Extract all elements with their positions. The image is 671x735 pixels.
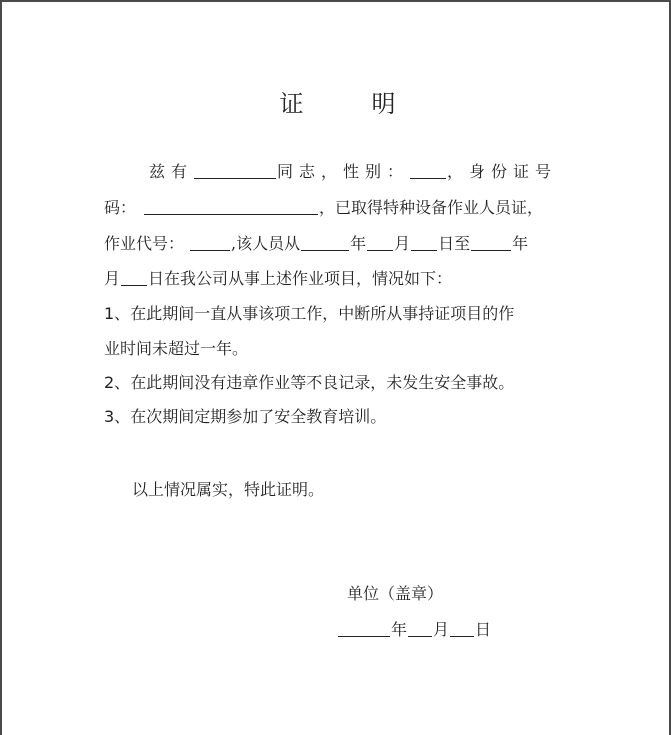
unit-seal-label: 单位（盖章） bbox=[347, 584, 443, 603]
list-item-1: 1、在此期间一直从事该项工作，中断所从事持证项目的作 bbox=[104, 304, 514, 324]
document-title: 证明 bbox=[2, 84, 671, 119]
operation-code-label: 作业代号： bbox=[104, 234, 184, 253]
item-2-number: 2、 bbox=[104, 373, 130, 392]
signature-date: 年月日 bbox=[337, 620, 491, 640]
list-item-1-continued: 业时间未超过一年。 bbox=[104, 339, 248, 359]
list-item-3: 3、在次期间定期参加了安全教育培训。 bbox=[104, 407, 386, 427]
name-blank[interactable] bbox=[194, 162, 276, 179]
start-month-label: 月 bbox=[394, 234, 410, 253]
title-char-1: 证 bbox=[280, 84, 304, 119]
sign-day-blank[interactable] bbox=[450, 620, 474, 637]
start-year-label: 年 bbox=[350, 234, 366, 253]
closing-statement: 以上情况属实，特此证明。 bbox=[132, 480, 324, 500]
end-year-label: 年 bbox=[512, 234, 528, 253]
item-1-text: 在此期间一直从事该项工作，中断所从事持证项目的作 bbox=[130, 304, 514, 323]
work-description-text: 日在我公司从事上述作业项目，情况如下： bbox=[148, 269, 452, 288]
start-month-blank[interactable] bbox=[367, 234, 393, 251]
gender-blank[interactable] bbox=[410, 162, 446, 179]
sign-month-blank[interactable] bbox=[408, 620, 432, 637]
item-1-text-continued: 业时间未超过一年。 bbox=[104, 339, 248, 358]
item-3-text: 在次期间定期参加了安全教育培训。 bbox=[130, 407, 386, 426]
item-2-text: 在此期间没有违章作业等不良记录，未发生安全事故。 bbox=[130, 373, 514, 392]
item-3-number: 3、 bbox=[104, 407, 130, 426]
start-year-blank[interactable] bbox=[301, 234, 349, 251]
id-code-label: 码： bbox=[104, 198, 136, 217]
sign-month-label: 月 bbox=[433, 620, 449, 639]
end-day-blank[interactable] bbox=[121, 269, 147, 286]
sign-year-blank[interactable] bbox=[338, 620, 390, 637]
title-char-2: 明 bbox=[372, 84, 396, 119]
document-page: 证明 兹有同志，性别：，身份证号 码：，已取得特种设备作业人员证， 作业代号：,… bbox=[0, 0, 671, 735]
closing-text: 以上情况属实，特此证明。 bbox=[132, 480, 324, 499]
paragraph-line-4: 月日在我公司从事上述作业项目，情况如下： bbox=[104, 269, 452, 289]
comrade-gender-label: 同志，性别： bbox=[277, 162, 409, 181]
id-number-label: ，身份证号 bbox=[447, 162, 557, 181]
sign-year-label: 年 bbox=[391, 620, 407, 639]
start-day-blank[interactable] bbox=[411, 234, 437, 251]
intro-text: 兹有 bbox=[149, 162, 193, 181]
to-text: 日至 bbox=[438, 234, 470, 253]
sign-day-label: 日 bbox=[475, 620, 491, 639]
id-number-blank[interactable] bbox=[144, 198, 318, 215]
paragraph-line-1: 兹有同志，性别：，身份证号 bbox=[149, 162, 557, 182]
from-text: ,该人员从 bbox=[231, 234, 300, 253]
paragraph-line-3: 作业代号：,该人员从年月日至年 bbox=[104, 234, 528, 254]
end-year-blank[interactable] bbox=[471, 234, 511, 251]
paragraph-line-2: 码：，已取得特种设备作业人员证， bbox=[104, 198, 543, 218]
end-month-label: 月 bbox=[104, 269, 120, 288]
list-item-2: 2、在此期间没有违章作业等不良记录，未发生安全事故。 bbox=[104, 373, 514, 393]
certificate-text: ，已取得特种设备作业人员证， bbox=[319, 198, 543, 217]
signature-unit: 单位（盖章） bbox=[347, 584, 443, 604]
operation-code-blank[interactable] bbox=[190, 234, 230, 251]
item-1-number: 1、 bbox=[104, 304, 130, 323]
